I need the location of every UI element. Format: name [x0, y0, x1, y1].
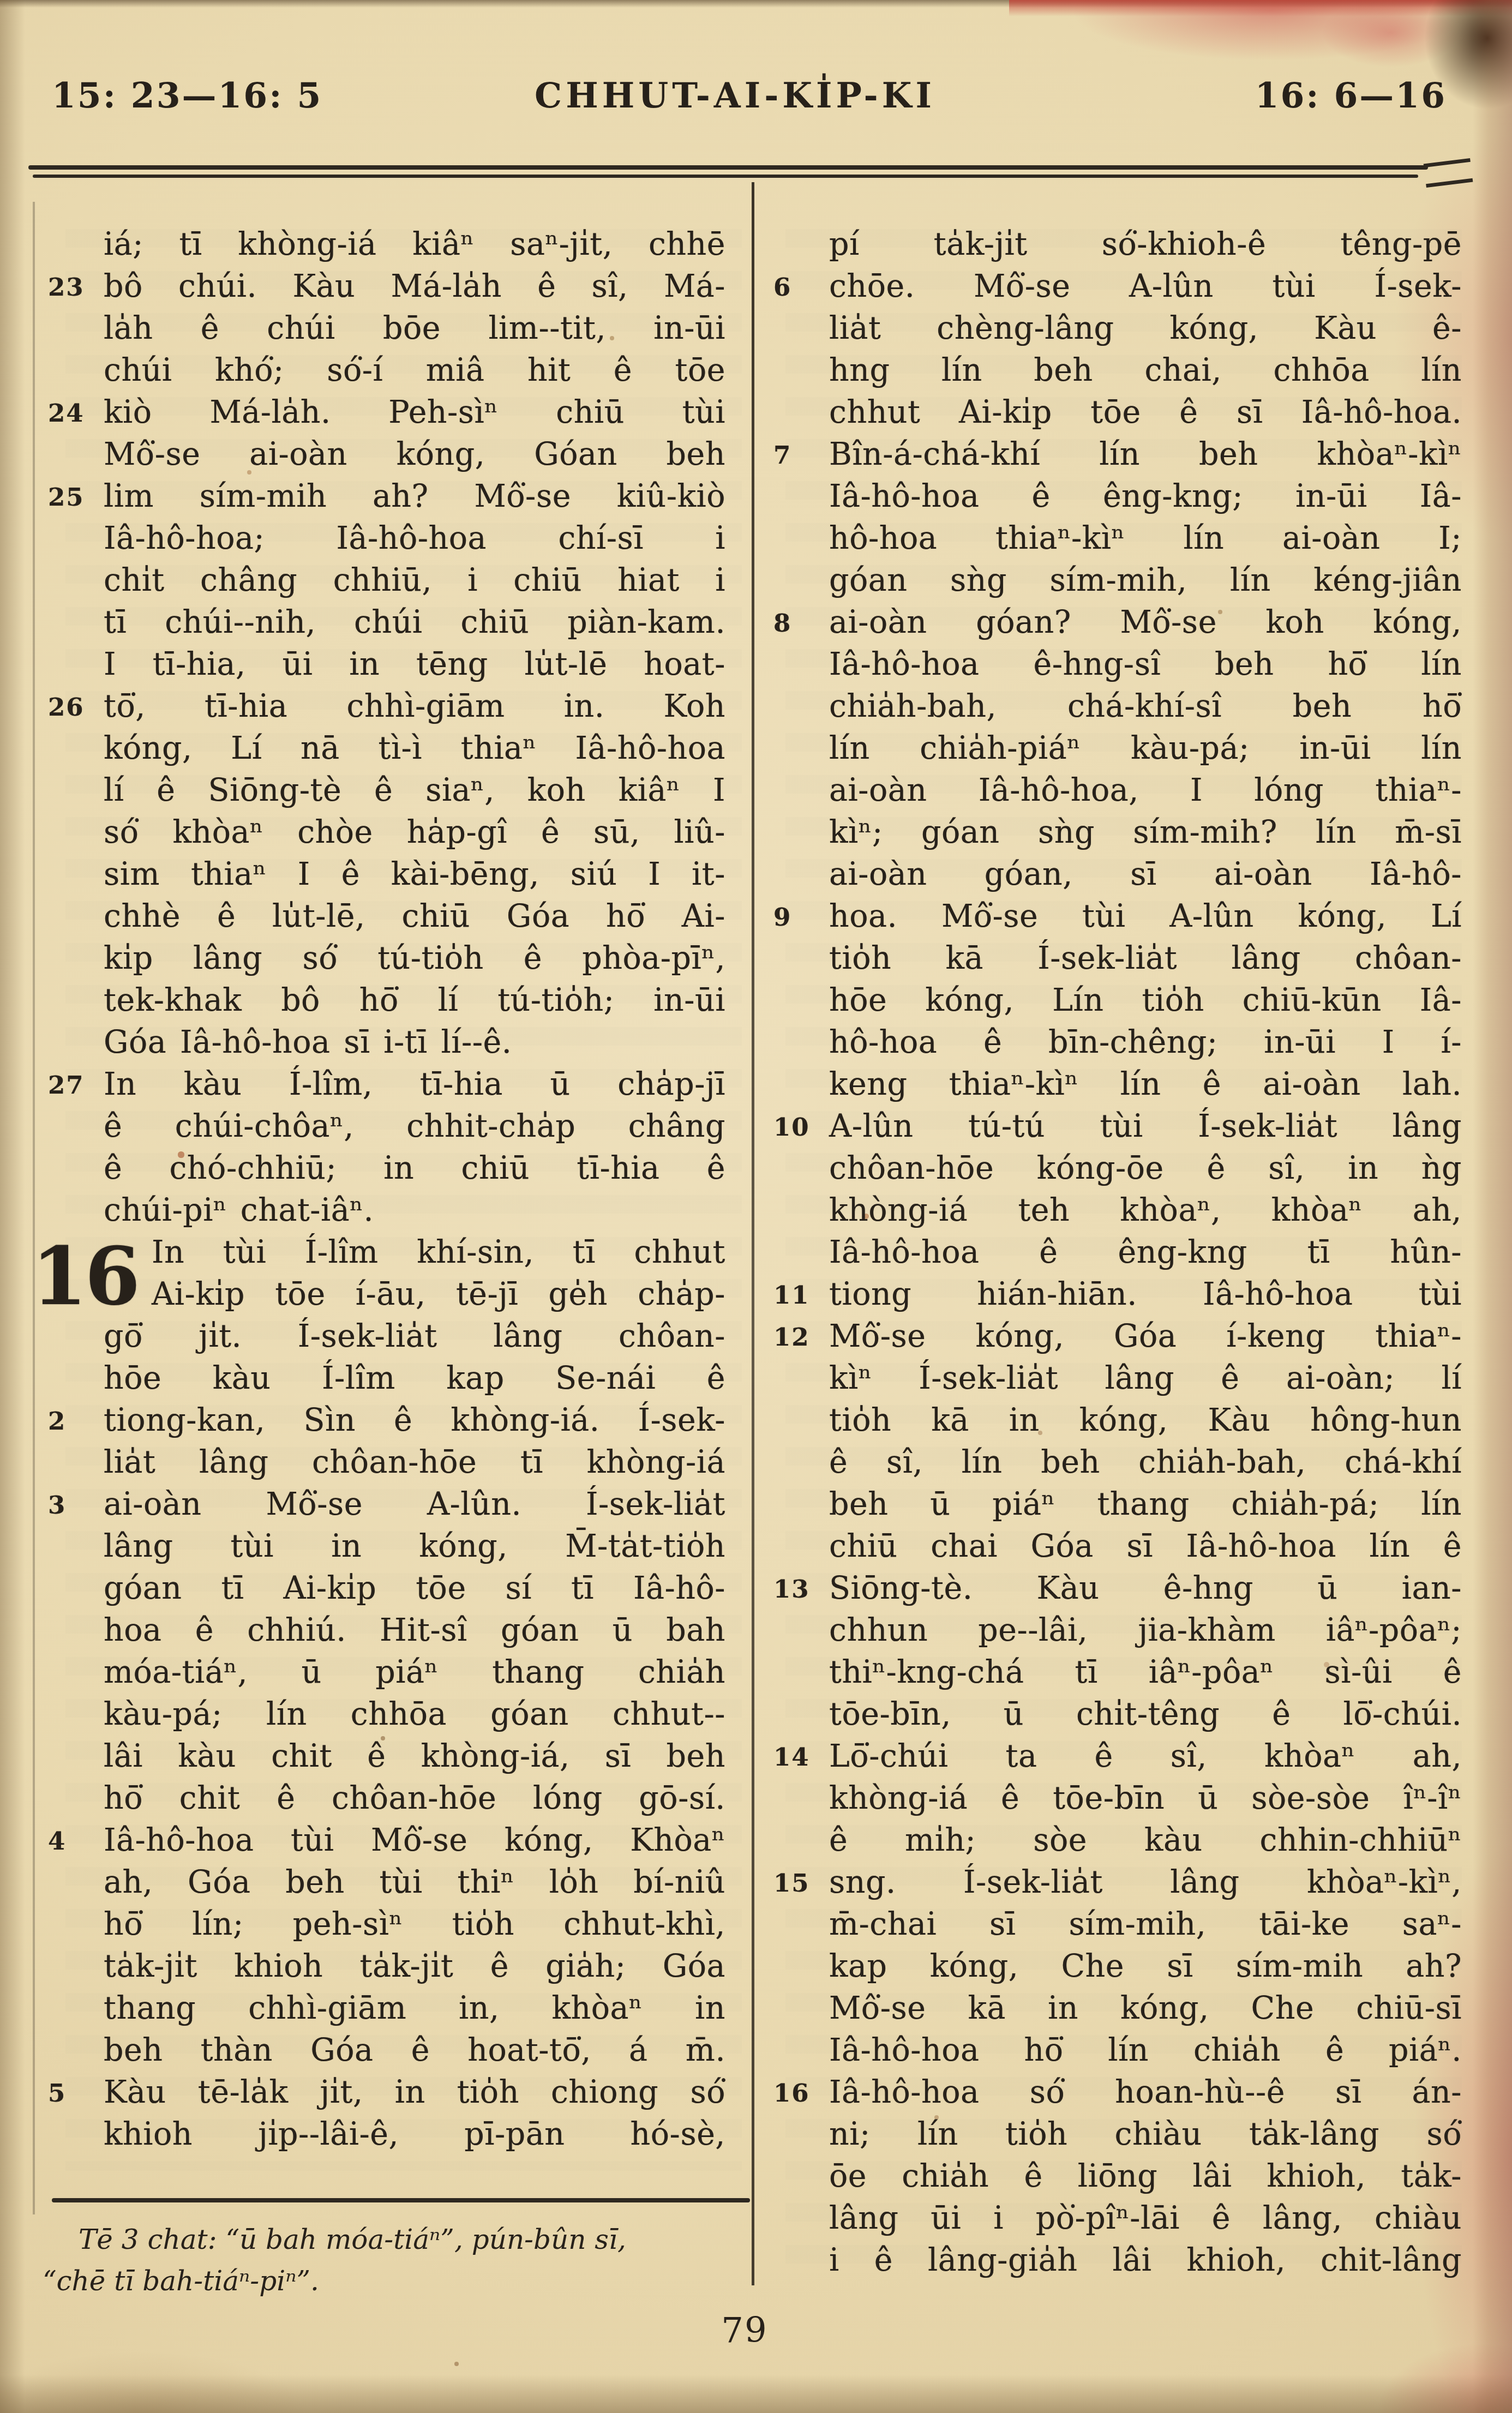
- line-text: Ai-ki̍p tōe í-āu, tē-jī ge̍h cha̍p-: [152, 1274, 725, 1316]
- verse-number: 6: [773, 266, 821, 309]
- verse-number: 9: [773, 896, 821, 939]
- text-line: ê sî, lín beh chia̍h-bah, chá-khí: [829, 1442, 1462, 1484]
- text-line: hōe kàu Í-lîm kap Se-nái ê: [104, 1358, 725, 1400]
- text-line: lâng tùi in kóng, M̄-ta̍t-tio̍h: [104, 1526, 725, 1568]
- verse-number: 13: [773, 1568, 821, 1611]
- line-text: ê chó-chhiū; in chiū tī-hia ê: [104, 1148, 725, 1190]
- text-line: khòng-iá teh khòaⁿ, khòaⁿ ah,: [829, 1190, 1462, 1232]
- text-line: Iâ-hô-hoa; Iâ-hô-hoa chí-sī i: [104, 518, 725, 560]
- line-text: móa-tiáⁿ, ū piáⁿ thang chia̍h: [104, 1652, 725, 1694]
- line-text: thiⁿ-kng-chá tī iâⁿ-pôaⁿ sì-ûi ê: [829, 1652, 1462, 1694]
- text-line: kìⁿ; góan sǹg sím-mih? lín m̄-sī: [829, 812, 1462, 854]
- footnote-line: “chē tī bah-tiáⁿ-piⁿ”.: [43, 2260, 773, 2302]
- line-text: só͘ khòaⁿ chòe ha̍p-gî ê sū, liû-: [104, 812, 725, 854]
- line-text: hōe kóng, Lín tio̍h chiū-kūn Iâ-: [829, 980, 1462, 1022]
- bottom-edge-shadow: [0, 2375, 1512, 2413]
- text-line: 15sng. Í-sek-lia̍t lâng khòaⁿ-kìⁿ,: [829, 1862, 1462, 1904]
- line-text: Iâ-hô-hoa hō͘ lín chia̍h ê piáⁿ.: [829, 2030, 1462, 2072]
- line-text: hō͘ lín; peh-sìⁿ tio̍h chhut-khì,: [104, 1904, 725, 1946]
- line-text: hō͘ chit ê chôan-hōe lóng gō-sí.: [104, 1778, 725, 1820]
- text-line: lâi kàu chit ê khòng-iá, sī beh: [104, 1736, 725, 1778]
- text-line: chhè ê lu̍t-lē, chiū Góa hō͘ Ai-: [104, 896, 725, 938]
- column-divider-rule: [752, 182, 754, 2285]
- text-line: kìⁿ Í-sek-lia̍t lâng ê ai-oàn; lí: [829, 1358, 1462, 1400]
- text-line: 12Mô͘-se kóng, Góa í-keng thiaⁿ-: [829, 1316, 1462, 1358]
- text-line: kap kóng, Che sī sím-mih ah?: [829, 1946, 1462, 1988]
- line-text: hoa ê chhiú. Hit-sî góan ū bah: [104, 1610, 725, 1652]
- text-line: Ai-ki̍p tōe í-āu, tē-jī ge̍h cha̍p-: [104, 1274, 725, 1316]
- footnote-line: Tē 3 chat: “ū bah móa-tiáⁿ”, pún-bûn sī,: [43, 2219, 773, 2260]
- line-text: ai-oàn góan, sī ai-oàn Iâ-hô-: [829, 854, 1462, 896]
- text-line: khòng-iá ê tōe-bīn ū sòe-sòe îⁿ-îⁿ: [829, 1778, 1462, 1820]
- line-text: thang chhì-giām in, khòaⁿ in: [104, 1988, 725, 2030]
- book-page: 15: 23—16: 5 CHHUT-AI-KI̍P-KI 16: 6—16 i…: [0, 0, 1512, 2413]
- line-text: khòng-iá teh khòaⁿ, khòaⁿ ah,: [829, 1190, 1462, 1232]
- line-text: ai-oàn Iâ-hô-hoa, I lóng thiaⁿ-: [829, 770, 1462, 812]
- text-line: pí ta̍k-ji̍t só͘-khioh-ê têng-pē: [829, 224, 1462, 266]
- line-text: hô-hoa thiaⁿ-kìⁿ lín ai-oàn I;: [829, 518, 1462, 560]
- verse-number: 7: [773, 434, 821, 477]
- text-line: lín chia̍h-piáⁿ kàu-pá; in-ūi lín: [829, 728, 1462, 770]
- line-text: chúi khó͘; só͘-í miâ hit ê tōe: [104, 350, 725, 392]
- text-line: Mô͘-se kā in kóng, Che chiū-sī: [829, 1988, 1462, 2030]
- text-line: 2tiong-kan, Sìn ê khòng-iá. Í-sek-: [104, 1400, 725, 1442]
- text-line: keng thiaⁿ-kìⁿ lín ê ai-oàn lah.: [829, 1064, 1462, 1106]
- verse-number: 2: [48, 1400, 96, 1443]
- text-line: chhun pe--lâi, jia-khàm iâⁿ-pôaⁿ;: [829, 1610, 1462, 1652]
- line-text: Iâ-hô-hoa; Iâ-hô-hoa chí-sī i: [104, 518, 725, 560]
- line-text: i ê lâng-gia̍h lâi khioh, chit-lâng: [829, 2240, 1462, 2282]
- text-column-left: iá; tī khòng-iá kiâⁿ saⁿ-ji̍t, chhē23bô …: [104, 224, 725, 2156]
- text-line: tōe-bīn, ū chi̍t-têng ê lō͘-chúi.: [829, 1694, 1462, 1736]
- text-line: chhut Ai-ki̍p tōe ê sī Iâ-hô-hoa.: [829, 392, 1462, 434]
- verse-number: 10: [773, 1106, 821, 1149]
- line-text: kìⁿ Í-sek-lia̍t lâng ê ai-oàn; lí: [829, 1358, 1462, 1400]
- line-text: hōe kàu Í-lîm kap Se-nái ê: [104, 1358, 725, 1400]
- text-line: khioh ji̍p--lâi-ê, pī-pān hó-sè,: [104, 2114, 725, 2156]
- line-text: chhun pe--lâi, jia-khàm iâⁿ-pôaⁿ;: [829, 1610, 1462, 1652]
- text-line: 14Lō͘-chúi ta ê sî, khòaⁿ ah,: [829, 1736, 1462, 1778]
- line-text: kap kóng, Che sī sím-mih ah?: [829, 1946, 1462, 1988]
- line-text: hng lín beh chai, chhōa lín: [829, 350, 1462, 392]
- line-text: Iâ-hô-hoa tùi Mô͘-se kóng, Khòaⁿ: [104, 1820, 725, 1862]
- text-line: thiⁿ-kng-chá tī iâⁿ-pôaⁿ sì-ûi ê: [829, 1652, 1462, 1694]
- text-line: tio̍h kā in kóng, Kàu hông-hun: [829, 1400, 1462, 1442]
- text-line: chia̍h-bah, chá-khí-sî beh hō͘: [829, 686, 1462, 728]
- line-text: In kàu Í-lîm, tī-hia ū cha̍p-jī: [104, 1064, 725, 1106]
- text-line: 6chōe. Mô͘-se A-lûn tùi Í-sek-: [829, 266, 1462, 308]
- line-text: tio̍h kā in kóng, Kàu hông-hun: [829, 1400, 1462, 1442]
- page-fore-edge: [1473, 0, 1512, 2413]
- text-line: hōe kóng, Lín tio̍h chiū-kūn Iâ-: [829, 980, 1462, 1022]
- line-text: Siōng-tè. Kàu ê-hng ū ian-: [829, 1568, 1462, 1610]
- text-line: kóng, Lí nā tì-ì thiaⁿ Iâ-hô-hoa: [104, 728, 725, 770]
- text-line: ai-oàn góan, sī ai-oàn Iâ-hô-: [829, 854, 1462, 896]
- left-margin-rule: [33, 202, 35, 2214]
- text-line: 27In kàu Í-lîm, tī-hia ū cha̍p-jī: [104, 1064, 725, 1106]
- verse-number: 5: [48, 2072, 96, 2115]
- text-line: só͘ khòaⁿ chòe ha̍p-gî ê sū, liû-: [104, 812, 725, 854]
- text-line: iá; tī khòng-iá kiâⁿ saⁿ-ji̍t, chhē: [104, 224, 725, 266]
- text-line: lí ê Siōng-tè ê siaⁿ, koh kiâⁿ I: [104, 770, 725, 812]
- line-text: Iâ-hô-hoa ê-hng-sî beh hō͘ lín: [829, 644, 1462, 686]
- footnote-rule: [52, 2198, 750, 2202]
- page-heading: CHHUT-AI-KI̍P-KI: [38, 75, 1432, 116]
- text-line: tio̍h kā Í-sek-lia̍t lâng chôan-: [829, 938, 1462, 980]
- line-text: chia̍h-bah, chá-khí-sî beh hō͘: [829, 686, 1462, 728]
- text-line: thang chhì-giām in, khòaⁿ in: [104, 1988, 725, 2030]
- text-line: 4Iâ-hô-hoa tùi Mô͘-se kóng, Khòaⁿ: [104, 1820, 725, 1862]
- text-line: Mô͘-se ai-oàn kóng, Góan beh: [104, 434, 725, 476]
- text-line: sim thiaⁿ I ê kài-bēng, siú I it-: [104, 854, 725, 896]
- line-text: ai-oàn Mô͘-se A-lûn. Í-sek-lia̍t: [104, 1484, 725, 1526]
- line-text: lim sím-mih ah? Mô͘-se kiû-kiò: [104, 476, 725, 518]
- text-line: 10A-lûn tú-tú tùi Í-sek-lia̍t lâng: [829, 1106, 1462, 1148]
- header-rule-bottom: [33, 175, 1418, 178]
- line-text: tiong hián-hiān. Iâ-hô-hoa tùi: [829, 1274, 1462, 1316]
- text-line: m̄-chai sī sím-mih, tāi-ke saⁿ-: [829, 1904, 1462, 1946]
- text-line: 24kiò Má-la̍h. Peh-sìⁿ chiū tùi: [104, 392, 725, 434]
- text-line: ta̍k-ji̍t khioh ta̍k-ji̍t ê gia̍h; Góa: [104, 1946, 725, 1988]
- line-text: tiong-kan, Sìn ê khòng-iá. Í-sek-: [104, 1400, 725, 1442]
- line-text: keng thiaⁿ-kìⁿ lín ê ai-oàn lah.: [829, 1064, 1462, 1106]
- text-line: 13Siōng-tè. Kàu ê-hng ū ian-: [829, 1568, 1462, 1610]
- line-text: lia̍t chèng-lâng kóng, Kàu ê-: [829, 308, 1462, 350]
- line-text: chúi-piⁿ chat-iâⁿ.: [104, 1190, 725, 1232]
- line-text: tek-khak bô hō͘ lí tú-tio̍h; in-ūi: [104, 980, 725, 1022]
- line-text: kàu-pá; lín chhōa góan chhut--: [104, 1694, 725, 1736]
- text-line: 11tiong hián-hiān. Iâ-hô-hoa tùi: [829, 1274, 1462, 1316]
- line-text: kiò Má-la̍h. Peh-sìⁿ chiū tùi: [104, 392, 725, 434]
- text-line: kàu-pá; lín chhōa góan chhut--: [104, 1694, 725, 1736]
- line-text: ê mi̍h; sòe kàu chhin-chhiūⁿ: [829, 1820, 1462, 1862]
- line-text: ê chúi-chôaⁿ, chhit-cha̍p châng: [104, 1106, 725, 1148]
- text-line: ki̍p lâng só͘ tú-tio̍h ê phòa-pīⁿ,: [104, 938, 725, 980]
- text-line: Iâ-hô-hoa hō͘ lín chia̍h ê piáⁿ.: [829, 2030, 1462, 2072]
- line-text: Mô͘-se kóng, Góa í-keng thiaⁿ-: [829, 1316, 1462, 1358]
- line-text: lí ê Siōng-tè ê siaⁿ, koh kiâⁿ I: [104, 770, 725, 812]
- line-text: ah, Góa beh tùi thiⁿ lo̍h bí-niû: [104, 1862, 725, 1904]
- line-text: Góa Iâ-hô-hoa sī i-tī lí--ê.: [104, 1022, 725, 1064]
- text-line: 25lim sím-mih ah? Mô͘-se kiû-kiò: [104, 476, 725, 518]
- line-text: ê sî, lín beh chia̍h-bah, chá-khí: [829, 1442, 1462, 1484]
- line-text: góan tī Ai-ki̍p tōe sí tī Iâ-hô-: [104, 1568, 725, 1610]
- line-text: chōe. Mô͘-se A-lûn tùi Í-sek-: [829, 266, 1462, 308]
- text-line: 16In tùi Í-lîm khí-sin, tī chhut: [104, 1232, 725, 1274]
- text-line: 7Bîn-á-chá-khí lín beh khòaⁿ-kìⁿ: [829, 434, 1462, 476]
- line-text: pí ta̍k-ji̍t só͘-khioh-ê têng-pē: [829, 224, 1462, 266]
- line-text: Mô͘-se kā in kóng, Che chiū-sī: [829, 1988, 1462, 2030]
- line-text: ni; lín tio̍h chiàu ta̍k-lâng só͘: [829, 2114, 1462, 2156]
- line-text: Kàu tē-la̍k ji̍t, in tio̍h chiong só͘: [104, 2072, 725, 2114]
- line-text: tō͘, tī-hia chhì-giām in. Koh: [104, 686, 725, 728]
- text-line: 16Iâ-hô-hoa só͘ hoan-hù--ê sī án-: [829, 2072, 1462, 2114]
- line-text: bô chúi. Kàu Má-la̍h ê sî, Má-: [104, 266, 725, 308]
- paper-specks: [0, 0, 2, 2]
- line-text: góan sǹg sím-mih, lín kéng-jiân: [829, 560, 1462, 602]
- line-text: tio̍h kā Í-sek-lia̍t lâng chôan-: [829, 938, 1462, 980]
- text-line: tī chúi--nih, chúi chiū piàn-kam.: [104, 602, 725, 644]
- text-line: 23bô chúi. Kàu Má-la̍h ê sî, Má-: [104, 266, 725, 308]
- line-text: la̍h ê chúi bōe lim--tit, in-ūi: [104, 308, 725, 350]
- page-number: 79: [698, 2310, 791, 2351]
- line-text: chiū chai Góa sī Iâ-hô-hoa lín ê: [829, 1526, 1462, 1568]
- text-line: 8ai-oàn góan? Mô͘-se koh kóng,: [829, 602, 1462, 644]
- verse-number: 26: [48, 686, 96, 729]
- line-text: lâng tùi in kóng, M̄-ta̍t-tio̍h: [104, 1526, 725, 1568]
- text-line: hoa ê chhiú. Hit-sî góan ū bah: [104, 1610, 725, 1652]
- line-text: A-lûn tú-tú tùi Í-sek-lia̍t lâng: [829, 1106, 1462, 1148]
- line-text: chôan-hōe kóng-ōe ê sî, in ǹg: [829, 1148, 1462, 1190]
- text-line: chôan-hōe kóng-ōe ê sî, in ǹg: [829, 1148, 1462, 1190]
- verse-number: 11: [773, 1274, 821, 1317]
- text-line: góan tī Ai-ki̍p tōe sí tī Iâ-hô-: [104, 1568, 725, 1610]
- text-line: tek-khak bô hō͘ lí tú-tio̍h; in-ūi: [104, 980, 725, 1022]
- text-line: ê mi̍h; sòe kàu chhin-chhiūⁿ: [829, 1820, 1462, 1862]
- text-line: beh thàn Góa ê hoat-tō͘, á m̄.: [104, 2030, 725, 2072]
- text-line: i ê lâng-gia̍h lâi khioh, chit-lâng: [829, 2240, 1462, 2282]
- footnote: Tē 3 chat: “ū bah móa-tiáⁿ”, pún-bûn sī,…: [43, 2219, 773, 2302]
- text-line: hō͘ lín; peh-sìⁿ tio̍h chhut-khì,: [104, 1904, 725, 1946]
- verse-number: 27: [48, 1064, 96, 1107]
- verse-number: 12: [773, 1316, 821, 1359]
- text-line: hng lín beh chai, chhōa lín: [829, 350, 1462, 392]
- line-text: sim thiaⁿ I ê kài-bēng, siú I it-: [104, 854, 725, 896]
- verse-number: 8: [773, 602, 821, 645]
- text-line: ōe chia̍h ê liōng lâi khioh, ta̍k-: [829, 2156, 1462, 2198]
- text-line: ai-oàn Iâ-hô-hoa, I lóng thiaⁿ-: [829, 770, 1462, 812]
- line-text: lín chia̍h-piáⁿ kàu-pá; in-ūi lín: [829, 728, 1462, 770]
- text-line: chi̍t châng chhiū, i chiū hiat i: [104, 560, 725, 602]
- line-text: chhut Ai-ki̍p tōe ê sī Iâ-hô-hoa.: [829, 392, 1462, 434]
- line-text: khioh ji̍p--lâi-ê, pī-pān hó-sè,: [104, 2114, 725, 2156]
- text-line: ê chó-chhiū; in chiū tī-hia ê: [104, 1148, 725, 1190]
- text-line: chúi khó͘; só͘-í miâ hit ê tōe: [104, 350, 725, 392]
- text-column-right: pí ta̍k-ji̍t só͘-khioh-ê têng-pē6chōe. M…: [829, 224, 1462, 2282]
- verse-number: 15: [773, 1862, 821, 1905]
- text-line: ê chúi-chôaⁿ, chhit-cha̍p châng: [104, 1106, 725, 1148]
- line-text: In tùi Í-lîm khí-sin, tī chhut: [152, 1232, 725, 1274]
- running-header: 15: 23—16: 5 CHHUT-AI-KI̍P-KI 16: 6—16: [52, 75, 1447, 125]
- line-text: chi̍t châng chhiū, i chiū hiat i: [104, 560, 725, 602]
- text-line: Góa Iâ-hô-hoa sī i-tī lí--ê.: [104, 1022, 725, 1064]
- text-line: lâng ūi i pò͘-pîⁿ-lāi ê lâng, chiàu: [829, 2198, 1462, 2240]
- line-text: lâng ūi i pò͘-pîⁿ-lāi ê lâng, chiàu: [829, 2198, 1462, 2240]
- text-line: góan sǹg sím-mih, lín kéng-jiân: [829, 560, 1462, 602]
- text-line: móa-tiáⁿ, ū piáⁿ thang chia̍h: [104, 1652, 725, 1694]
- line-text: I tī-hia, ūi in tēng lu̍t-lē hoat-: [104, 644, 725, 686]
- text-line: la̍h ê chúi bōe lim--tit, in-ūi: [104, 308, 725, 350]
- line-text: lâi kàu chit ê khòng-iá, sī beh: [104, 1736, 725, 1778]
- line-text: lia̍t lâng chôan-hōe tī khòng-iá: [104, 1442, 725, 1484]
- binding-shadow: [0, 0, 25, 2413]
- line-text: Iâ-hô-hoa ê êng-kng tī hûn-: [829, 1232, 1462, 1274]
- header-rule-top: [28, 165, 1428, 170]
- line-text: sng. Í-sek-lia̍t lâng khòaⁿ-kìⁿ,: [829, 1862, 1462, 1904]
- line-text: iá; tī khòng-iá kiâⁿ saⁿ-ji̍t, chhē: [104, 224, 725, 266]
- verse-number: 23: [48, 266, 96, 309]
- text-line: Iâ-hô-hoa ê-hng-sî beh hō͘ lín: [829, 644, 1462, 686]
- text-line: chúi-piⁿ chat-iâⁿ.: [104, 1190, 725, 1232]
- verse-number: 25: [48, 476, 96, 519]
- verse-number: 4: [48, 1820, 96, 1863]
- text-line: Iâ-hô-hoa ê êng-kng; in-ūi Iâ-: [829, 476, 1462, 518]
- verse-number: 16: [773, 2072, 821, 2115]
- text-line: ah, Góa beh tùi thiⁿ lo̍h bí-niû: [104, 1862, 725, 1904]
- line-text: gō͘ ji̍t. Í-sek-lia̍t lâng chôan-: [104, 1316, 725, 1358]
- text-line: ni; lín tio̍h chiàu ta̍k-lâng só͘: [829, 2114, 1462, 2156]
- line-text: beh ū piáⁿ thang chia̍h-pá; lín: [829, 1484, 1462, 1526]
- header-verse-range-right: 16: 6—16: [1255, 75, 1447, 116]
- verse-number: 3: [48, 1484, 96, 1527]
- text-line: beh ū piáⁿ thang chia̍h-pá; lín: [829, 1484, 1462, 1526]
- line-text: Lō͘-chúi ta ê sî, khòaⁿ ah,: [829, 1736, 1462, 1778]
- text-line: hō͘ chit ê chôan-hōe lóng gō-sí.: [104, 1778, 725, 1820]
- line-text: khòng-iá ê tōe-bīn ū sòe-sòe îⁿ-îⁿ: [829, 1778, 1462, 1820]
- line-text: Bîn-á-chá-khí lín beh khòaⁿ-kìⁿ: [829, 434, 1462, 476]
- line-text: ai-oàn góan? Mô͘-se koh kóng,: [829, 602, 1462, 644]
- line-text: ōe chia̍h ê liōng lâi khioh, ta̍k-: [829, 2156, 1462, 2198]
- line-text: ta̍k-ji̍t khioh ta̍k-ji̍t ê gia̍h; Góa: [104, 1946, 725, 1988]
- verse-number: 24: [48, 392, 96, 435]
- line-text: tōe-bīn, ū chi̍t-têng ê lō͘-chúi.: [829, 1694, 1462, 1736]
- text-line: gō͘ ji̍t. Í-sek-lia̍t lâng chôan-: [104, 1316, 725, 1358]
- line-text: hoa. Mô͘-se tùi A-lûn kóng, Lí: [829, 896, 1462, 938]
- text-line: I tī-hia, ūi in tēng lu̍t-lē hoat-: [104, 644, 725, 686]
- text-line: Iâ-hô-hoa ê êng-kng tī hûn-: [829, 1232, 1462, 1274]
- text-line: lia̍t lâng chôan-hōe tī khòng-iá: [104, 1442, 725, 1484]
- text-line: hô-hoa thiaⁿ-kìⁿ lín ai-oàn I;: [829, 518, 1462, 560]
- line-text: Iâ-hô-hoa ê êng-kng; in-ūi Iâ-: [829, 476, 1462, 518]
- verse-number: 14: [773, 1736, 821, 1779]
- line-text: Mô͘-se ai-oàn kóng, Góan beh: [104, 434, 725, 476]
- line-text: kóng, Lí nā tì-ì thiaⁿ Iâ-hô-hoa: [104, 728, 725, 770]
- line-text: hô-hoa ê bīn-chêng; in-ūi I í-: [829, 1022, 1462, 1064]
- text-line: chiū chai Góa sī Iâ-hô-hoa lín ê: [829, 1526, 1462, 1568]
- line-text: ki̍p lâng só͘ tú-tio̍h ê phòa-pīⁿ,: [104, 938, 725, 980]
- line-text: kìⁿ; góan sǹg sím-mih? lín m̄-sī: [829, 812, 1462, 854]
- line-text: chhè ê lu̍t-lē, chiū Góa hō͘ Ai-: [104, 896, 725, 938]
- line-text: m̄-chai sī sím-mih, tāi-ke saⁿ-: [829, 1904, 1462, 1946]
- text-line: 26tō͘, tī-hia chhì-giām in. Koh: [104, 686, 725, 728]
- line-text: beh thàn Góa ê hoat-tō͘, á m̄.: [104, 2030, 725, 2072]
- line-text: Iâ-hô-hoa só͘ hoan-hù--ê sī án-: [829, 2072, 1462, 2114]
- text-line: 3ai-oàn Mô͘-se A-lûn. Í-sek-lia̍t: [104, 1484, 725, 1526]
- text-line: hô-hoa ê bīn-chêng; in-ūi I í-: [829, 1022, 1462, 1064]
- line-text: tī chúi--nih, chúi chiū piàn-kam.: [104, 602, 725, 644]
- text-line: lia̍t chèng-lâng kóng, Kàu ê-: [829, 308, 1462, 350]
- text-line: 9hoa. Mô͘-se tùi A-lûn kóng, Lí: [829, 896, 1462, 938]
- text-line: 5Kàu tē-la̍k ji̍t, in tio̍h chiong só͘: [104, 2072, 725, 2114]
